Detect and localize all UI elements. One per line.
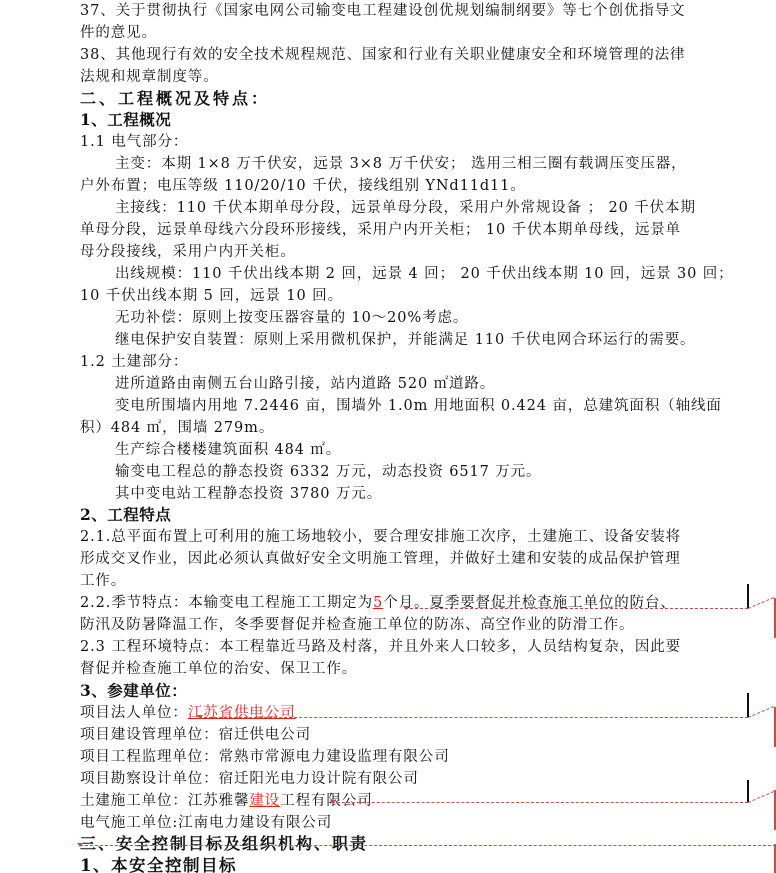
feature-2-2-line2: 防汛及防暑降温工作，冬季要督促并检查施工单位的防冻、高空作业的防滑工作。 [80, 615, 634, 635]
unit-civil-construction: 土建施工单位：江苏雅馨建设工程有限公司 [80, 791, 373, 811]
section-heading-3: 三、安全控制目标及组织机构、职责 [80, 834, 368, 854]
comment-balloon-edge[interactable] [774, 844, 776, 873]
access-road: 进所道路由南侧五台山路引接，站内道路 520 ㎡道路。 [115, 374, 495, 394]
unit-civil-post: 工程有限公司 [280, 793, 372, 809]
main-transformer-line2: 户外布置；电压等级 110/20/10 千伏，接线组别 YNd11d11。 [80, 176, 526, 196]
unit-design: 项目勘察设计单位：宿迁阳光电力设计院有限公司 [80, 769, 419, 789]
document-page: 37、关于贯彻执行《国家电网公司输变电工程建设创优规划编制纲要》等七个创优指导文… [0, 0, 776, 873]
subheading-safety-target: 1、本安全控制目标 [80, 856, 237, 873]
unit-electrical-construction: 电气施工单位:江南电力建设有限公司 [80, 813, 332, 833]
paragraph-38-line2: 法规和规章制度等。 [80, 67, 219, 87]
reactive-compensation: 无功补偿：原则上按变压器容量的 10～20%考虑。 [115, 308, 468, 328]
relay-protection: 继电保护安自装置：原则上采用微机保护，并能满足 110 千伏电网合环运行的需要。 [115, 330, 695, 350]
feature-2-3-line2: 督促并检查施工单位的治安、保卫工作。 [80, 659, 357, 679]
subheading-electrical: 1.1 电气部分： [80, 132, 188, 152]
revision-connector-line [332, 802, 748, 803]
feature-2-1-line3: 工作。 [80, 571, 126, 591]
main-wiring-line2: 单母分段，远景单母线六分段环形接线，采用户内开关柜； 10 千伏本期单母线，远景… [80, 220, 681, 240]
unit-supervision: 项目工程监理单位：常熟市常源电力建设监理有限公司 [80, 747, 450, 767]
paragraph-37-line1: 37、关于贯彻执行《国家电网公司输变电工程建设创优规划编制纲要》等七个创优指导文 [80, 1, 685, 21]
outgoing-scale-line1: 出线规模：110 千伏出线本期 2 回，远景 4 回； 20 千伏出线本期 10… [115, 264, 734, 284]
subheading-participants: 3、参建单位： [80, 681, 187, 701]
feature-2-2-line1: 2.2.季节特点：本输变电工程施工工期定为5个月。夏季要督促并检查施工单位的防台… [80, 593, 676, 613]
unit-management: 项目建设管理单位：宿迁供电公司 [80, 725, 311, 745]
total-investment: 输变电工程总的静态投资 6332 万元，动态投资 6517 万元。 [115, 462, 541, 482]
main-wiring-line1: 主接线：110 千伏本期单母分段，远景单母分段，采用户外常规设备 ； 20 千伏… [115, 198, 696, 218]
revision-connector-line [405, 608, 748, 609]
feature-2-1-line1: 2.1.总平面布置上可利用的施工场地较小，要合理安排施工次序，土建施工、设备安装… [80, 527, 681, 547]
revision-insertion-duration[interactable]: 5 [373, 595, 383, 611]
paragraph-37-line2: 件的意见。 [80, 23, 157, 43]
comment-balloon-edge[interactable] [774, 790, 776, 830]
subheading-features: 2、工程特点 [80, 505, 171, 525]
outgoing-scale-line2: 10 千伏出线本期 5 回，远景 10 回。 [80, 286, 343, 306]
unit-civil-pre: 土建施工单位：江苏雅馨 [80, 793, 249, 809]
substation-investment: 其中变电站工程静态投资 3780 万元。 [115, 484, 382, 504]
revision-connector-line [80, 845, 776, 846]
comment-balloon-edge[interactable] [774, 598, 776, 638]
revision-insertion-legal-unit[interactable]: 江苏省供电公司 [188, 705, 296, 721]
subheading-overview: 1、工程概况 [80, 110, 171, 130]
change-bar [747, 584, 749, 608]
change-bar [747, 780, 749, 802]
substation-land-line2: 积）484 ㎡，围墙 279m。 [80, 418, 274, 438]
section-heading-2: 二、工程概况及特点： [80, 89, 270, 109]
main-transformer-line1: 主变：本期 1×8 万千伏安，远景 3×8 万千伏安； 选用三相三圈有载调压变压… [115, 154, 687, 174]
revision-connector-line [199, 717, 748, 718]
unit-legal-label: 项目法人单位： [80, 705, 188, 721]
comment-balloon-edge[interactable] [774, 707, 776, 747]
unit-legal-person: 项目法人单位：江苏省供电公司 [80, 703, 296, 723]
feature-2-2-text-pre: 2.2.季节特点：本输变电工程施工工期定为 [80, 595, 373, 611]
substation-land-line1: 变电所围墙内用地 7.2446 亩，围墙外 1.0m 用地面积 0.424 亩，… [115, 396, 722, 416]
revision-insertion-civil[interactable]: 建设 [249, 793, 280, 809]
subheading-civil: 1.2 土建部分： [80, 352, 188, 372]
change-bar [747, 693, 749, 717]
feature-2-1-line2: 形成交叉作业，因此必须认真做好安全文明施工管理，并做好土建和安装的成品保护管理 [80, 549, 681, 569]
feature-2-3-line1: 2.3 工程环境特点：本工程靠近马路及村落，并且外来人口较多，人员结构复杂，因此… [80, 637, 681, 657]
main-wiring-line3: 母分段接线，采用户内开关柜。 [80, 242, 296, 262]
building-area: 生产综合楼楼建筑面积 484 ㎡。 [115, 440, 341, 460]
paragraph-38-line1: 38、其他现行有效的安全技术规程规范、国家和行业有关职业健康安全和环境管理的法律 [80, 45, 685, 65]
